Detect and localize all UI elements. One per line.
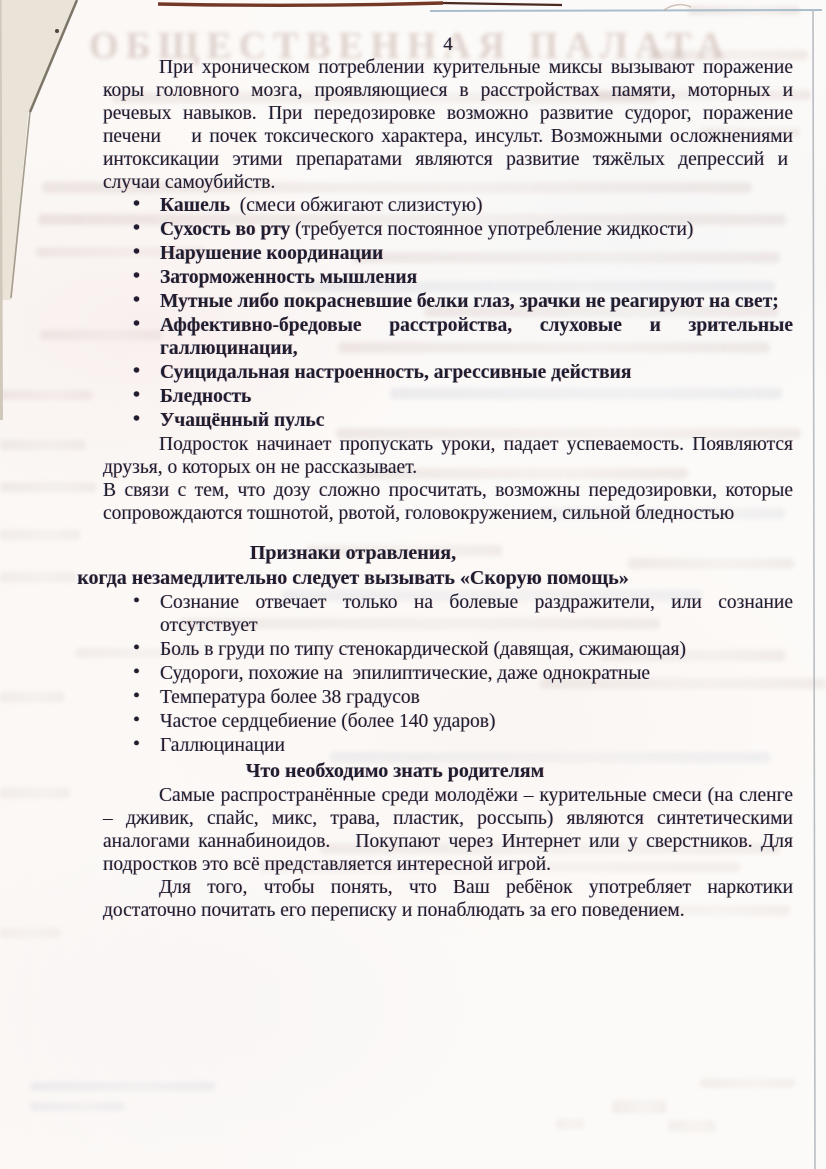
bleedthrough-streak <box>556 1118 584 1130</box>
list-item: •Заторможенность мышления <box>103 266 793 289</box>
poisoning-signs-list: •Сознание отвечает только на болевые раз… <box>103 591 793 757</box>
symptom-bold: Бледность <box>160 386 251 407</box>
bullet-icon: • <box>133 709 140 732</box>
bullet-icon: • <box>133 661 140 684</box>
bullet-icon: • <box>133 637 140 660</box>
bullet-icon: • <box>133 733 140 756</box>
symptom-bold: Учащённый пульс <box>160 410 324 431</box>
poisoning-heading-line1: Признаки отравления, <box>8 541 698 566</box>
symptom-bold: Заторможенность мышления <box>160 267 417 288</box>
symptom-bold: Аффективно-бредовые расстройства, слухов… <box>160 315 793 359</box>
sign-text: Частое сердцебиение (более 140 ударов) <box>160 711 495 732</box>
symptom-bold: Кашель <box>160 195 230 216</box>
list-item: •Температура более 38 градусов <box>103 686 793 709</box>
sign-text: Сознание отвечает только на болевые разд… <box>160 592 793 636</box>
teen-paragraph: Подросток начинает пропускать уроки, пад… <box>103 433 793 479</box>
bleedthrough-streak <box>0 390 92 400</box>
symptom-bold: Сухость во рту <box>160 219 290 240</box>
sign-text: Судороги, похожие на эпилиптические, даж… <box>160 663 650 684</box>
understand-paragraph: Для того, чтобы понять, что Ваш ребёнок … <box>103 876 793 922</box>
bleedthrough-streak <box>0 928 60 938</box>
sign-text: Галлюцинации <box>160 735 285 756</box>
list-item: •Суицидальная настроенность, агрессивные… <box>103 361 793 384</box>
common-mixes-paragraph: Самые распространённые среди молодёжи – … <box>103 784 793 876</box>
list-item: •Аффективно-бредовые расстройства, слухо… <box>103 314 793 360</box>
bullet-icon: • <box>133 313 140 336</box>
scanned-document-page: ОБЩЕСТВЕННАЯ ПАЛАТА 4 При хроническом по… <box>0 0 826 1169</box>
bleedthrough-streak <box>612 1100 667 1114</box>
list-item: •Сознание отвечает только на болевые раз… <box>103 591 793 637</box>
bleedthrough-streak <box>30 1102 125 1111</box>
bleedthrough-streak <box>0 692 64 702</box>
bullet-icon: • <box>133 685 140 708</box>
list-item: •Галлюцинации <box>103 734 793 757</box>
parents-heading: Что необходимо знать родителям <box>50 759 740 784</box>
bullet-icon: • <box>133 289 140 312</box>
list-item: •Боль в груди по типу стенокардической (… <box>103 638 793 661</box>
bleedthrough-streak <box>0 440 86 450</box>
bullet-icon: • <box>133 217 140 240</box>
list-item: •Мутные либо покрасневшие белки глаз, зр… <box>103 290 793 313</box>
bleedthrough-streak <box>688 6 800 15</box>
list-item: •Учащённый пульс <box>103 409 793 432</box>
list-item: •Нарушение координации <box>103 242 793 265</box>
bullet-icon: • <box>133 360 140 383</box>
bleedthrough-streak <box>0 788 70 798</box>
symptom-list: •Кашель (смеси обжигают слизистую) •Сухо… <box>103 194 793 432</box>
bleedthrough-streak <box>0 530 80 540</box>
bullet-icon: • <box>133 408 140 431</box>
bullet-icon: • <box>133 590 140 613</box>
symptom-normal: (смеси обжигают слизистую) <box>230 195 483 216</box>
list-item: •Частое сердцебиение (более 140 ударов) <box>103 710 793 733</box>
bullet-icon: • <box>133 193 140 216</box>
symptom-normal: (требуется постоянное употребление жидко… <box>290 219 693 240</box>
bleedthrough-streak <box>700 1078 795 1088</box>
sign-text: Боль в груди по типу стенокардической (д… <box>160 639 686 660</box>
bullet-icon: • <box>133 241 140 264</box>
page-number: 4 <box>103 33 793 56</box>
bleedthrough-streak <box>0 482 96 492</box>
bullet-icon: • <box>133 265 140 288</box>
overdose-paragraph: В связи с тем, что дозу сложно просчитат… <box>103 479 793 525</box>
list-item: •Бледность <box>103 385 793 408</box>
bleedthrough-streak <box>30 1082 215 1091</box>
list-item: •Кашель (смеси обжигают слизистую) <box>103 194 793 217</box>
symptom-bold: Суицидальная настроенность, агрессивные … <box>160 362 631 383</box>
poisoning-heading: Признаки отравления, когда незамедлитель… <box>8 541 698 591</box>
bleedthrough-streak <box>668 1120 716 1132</box>
symptom-bold: Мутные либо покрасневшие белки глаз, зра… <box>160 291 779 312</box>
symptom-bold: Нарушение координации <box>160 243 383 264</box>
list-item: •Судороги, похожие на эпилиптические, да… <box>103 662 793 685</box>
intro-paragraph: При хроническом потреблении курительные … <box>103 56 793 194</box>
poisoning-heading-line2: когда незамедлительно следует вызывать «… <box>8 566 698 591</box>
document-body: 4 При хроническом потреблении курительны… <box>103 26 793 922</box>
list-item: •Сухость во рту (требуется постоянное уп… <box>103 218 793 241</box>
bullet-icon: • <box>133 384 140 407</box>
sign-text: Температура более 38 градусов <box>160 687 420 708</box>
